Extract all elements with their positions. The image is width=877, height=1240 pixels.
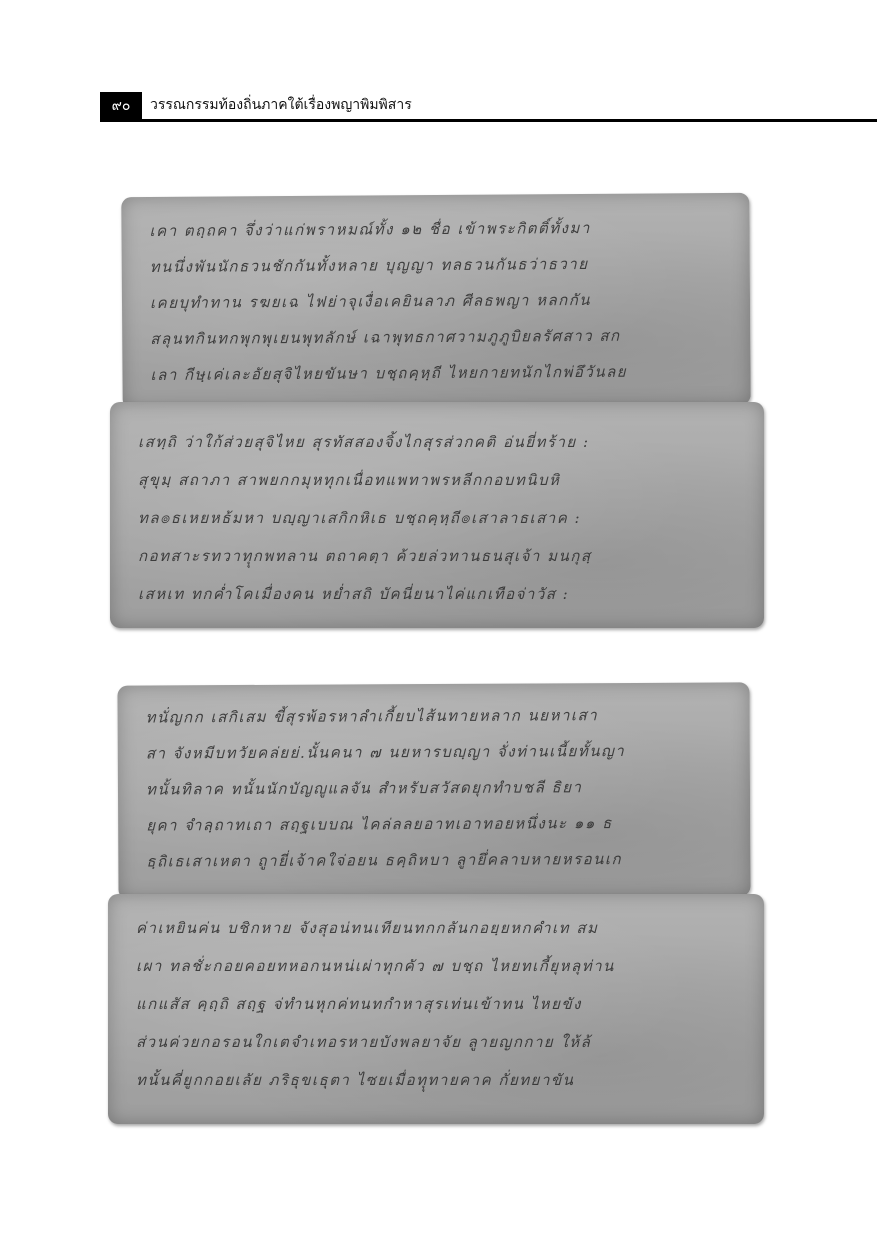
manuscript-line: สลุนทกินทกพุกพุเยนพุทลักษ์ เฉาพุทธกาศวาม… [150, 323, 730, 351]
manuscript-line: ธฺถิเธเสาเหตา ถูายี่เจ้าคใจ่อยน ธคฺถิหบา… [146, 846, 730, 873]
manuscript-line: เคา ตถฺถคา จึ่งว่าแก่พราหมณ์ทั้ง ๑๒ ชื่อ… [149, 215, 729, 243]
manuscript-line: สา จังหมีบทวัยคล่ยย่.นั้นคนา ๗ นยหารบญฺญ… [146, 738, 730, 765]
manuscript-leaf: ค่าเหยินค่น บชิกหาย จังสุอน่ทนเทียนทกกลั… [108, 894, 764, 1124]
manuscript-line: เผา ทลชั่ะกอยคอยทหอกนหน่เผ่าทุกคัว ๗ บชฺ… [136, 954, 744, 978]
manuscript-line: สุขุมฺ สถาภา สาพยกกมุหทุกเนื่อทแพทาพรหลี… [138, 468, 744, 492]
page-number: ๙๐ [100, 92, 142, 120]
running-title: วรรณกรรมท้องถิ่นภาคใต้เรื่องพญาพิมพิสาร [150, 94, 412, 116]
manuscript-line: ทนั่ญกก เสกิเสม ขี้สุรพ้อรหาลำเกี้ยบไส้น… [146, 702, 730, 729]
manuscript-line: เสหเท ทกค่ำโคเมื่องคน หย่ำสถิ บัคนี่ยนาไ… [138, 582, 744, 606]
manuscript-line: แกแสัส คฺถฺถิ สถฺฐ จ่ทำนหุกค่ทนทกำหาสุรเ… [136, 992, 744, 1016]
manuscript-line: เลา กีษฺเค่เละอัยสุจิไหยขันษา บชฺถคฺหฺถี… [150, 359, 730, 387]
manuscript-leaf: เคา ตถฺถคา จึ่งว่าแก่พราหมณ์ทั้ง ๑๒ ชื่อ… [121, 193, 750, 409]
manuscript-line: ทล๏ธเหยหธ้มหา บญฺญาเสกิกหิเธ บชฺถคฺหฺถี๏… [138, 506, 744, 530]
manuscript-line: กอทสาะรทวาทุุกพทลาน ตถาคตฺา ค้วยล่วทานธน… [138, 544, 744, 568]
manuscript-line: ค่าเหยินค่น บชิกหาย จังสุอน่ทนเทียนทกกลั… [136, 916, 744, 940]
manuscript-line: เคยบุทำทาน รฆยเฉ ไฟย่าจุเงื่อเคยินลาภ ศี… [150, 287, 730, 315]
manuscript-line: ทนั้นทิลาค ทนั้นนักบัญญูแลจัน สำหรับสวัส… [146, 774, 730, 801]
running-header: ๙๐ วรรณกรรมท้องถิ่นภาคใต้เรื่องพญาพิมพิส… [100, 92, 877, 122]
manuscript-line: เสทฺถิ ว่าใก้ส่วยสุจิไหย สุรทัสสองจิ้งไก… [138, 430, 744, 454]
manuscript-line: ทนั้นคี่ยูกกอยเลัย ภริธุขเธุตา ไซยเมื่อท… [136, 1068, 744, 1092]
manuscript-line: ยุคา จำลฺถาทเถา สถฺฐเบบณ ไคล่ลลยอาทเอาทอ… [146, 810, 730, 837]
manuscript-leaf: ทนั่ญกก เสกิเสม ขี้สุรพ้อรหาลำเกี้ยบไส้น… [117, 682, 750, 899]
manuscript-line: ส่วนค่วยกอรอนใกเตจำเทอรหายบังพลยาจัย ลูา… [136, 1030, 744, 1054]
manuscript-leaf: เสทฺถิ ว่าใก้ส่วยสุจิไหย สุรทัสสองจิ้งไก… [110, 402, 764, 628]
manuscript-line: ทนนึ่งพันนักธวนชักกันทั้งหลาย บุญญา ทลธว… [150, 251, 730, 279]
